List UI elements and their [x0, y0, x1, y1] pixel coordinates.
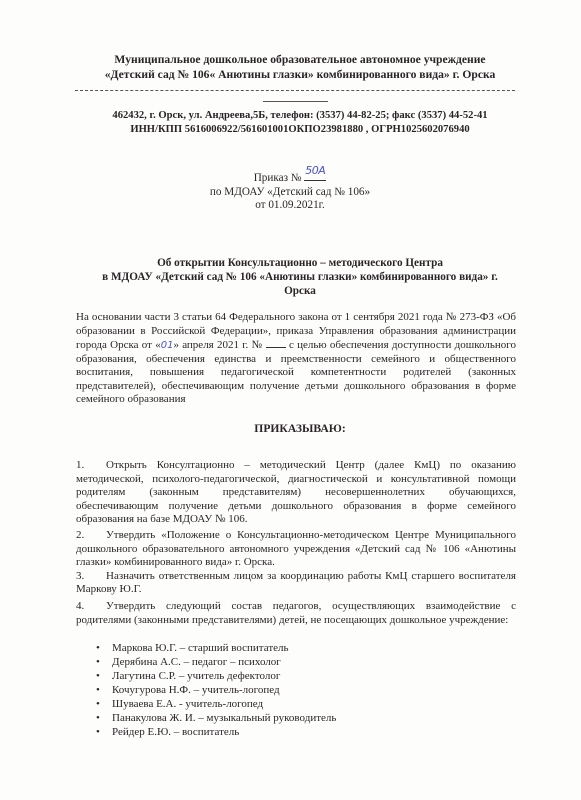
document-title: Об открытии Консультационно – методическ… [60, 256, 540, 298]
title-line3: Орска [60, 284, 540, 298]
list-item: •Кочугурова Н.Ф. – учитель-логопед [96, 683, 436, 697]
letterhead-short-divider [263, 101, 328, 102]
ids-line: ИНН/КПП 5616006922/561601001ОКПО23981880… [60, 123, 540, 137]
item-number: 3. [76, 570, 106, 584]
order-number-field: 50А [304, 170, 326, 181]
preamble-text-2: » апреля 2021 г. № [173, 339, 265, 351]
item-number: 1. [76, 459, 106, 473]
item-number: 2. [76, 529, 106, 543]
staff-entry: Дерябина А.С. – педагог – психолог [112, 656, 281, 668]
order-number-handwritten: 50А [305, 164, 325, 178]
letterhead-org: Муниципальное дошкольное образовательное… [60, 52, 540, 82]
list-item: •Панакулова Ж. И. – музыкальный руководи… [96, 711, 436, 725]
order-block: Приказ № 50А по МДОАУ «Детский сад № 106… [180, 170, 400, 213]
address-line: 462432, г. Орск, ул. Андреева,5Б, телефо… [60, 109, 540, 123]
item-text: Утвердить следующий состав педагогов, ос… [76, 600, 516, 626]
item-text: Назначить ответственным лицом за координ… [76, 570, 516, 596]
org-name-line2: «Детский сад № 106« Анютины глазки» комб… [60, 67, 540, 82]
bullet-icon: • [96, 697, 100, 711]
order-issuer: по МДОАУ «Детский сад № 106» [180, 186, 400, 200]
order-label: Приказ № [254, 172, 302, 184]
staff-entry: Маркова Ю.Г. – старший воспитатель [112, 642, 289, 654]
order-item-4: 4.Утвердить следующий состав педагогов, … [76, 600, 516, 627]
bullet-icon: • [96, 669, 100, 683]
item-text: Открыть Консултационно – методический Це… [76, 459, 516, 525]
order-number-line: Приказ № 50А [180, 170, 400, 186]
letterhead-divider [75, 90, 515, 91]
handwritten-day: 01 [161, 340, 174, 351]
list-item: •Рейдер Е.Ю. – воспитатель [96, 725, 436, 739]
order-item-3: 3.Назначить ответственным лицом за коорд… [76, 570, 516, 597]
order-date: от 01.09.2021г. [180, 199, 400, 213]
staff-entry: Шуваева Е.А. - учитель-логопед [112, 698, 263, 710]
staff-entry: Лагутина С.Р. – учитель дефектолог [112, 670, 280, 682]
bullet-icon: • [96, 725, 100, 739]
item-number: 4. [76, 600, 106, 614]
title-line1: Об открытии Консультационно – методическ… [60, 256, 540, 270]
staff-entry: Кочугурова Н.Ф. – учитель-логопед [112, 684, 280, 696]
staff-entry: Рейдер Е.Ю. – воспитатель [112, 726, 239, 738]
order-item-1: 1.Открыть Консултационно – методический … [76, 459, 516, 527]
list-item: •Маркова Ю.Г. – старший воспитатель [96, 641, 436, 655]
letterhead-contacts: 462432, г. Орск, ул. Андреева,5Б, телефо… [60, 109, 540, 136]
bullet-icon: • [96, 641, 100, 655]
ordering-heading: ПРИКАЗЫВАЮ: [60, 422, 540, 435]
list-item: •Лагутина С.Р. – учитель дефектолог [96, 669, 436, 683]
blank-number-field [266, 338, 286, 348]
preamble-paragraph: На основании части 3 статьи 64 Федеральн… [76, 311, 516, 407]
list-item: •Дерябина А.С. – педагог – психолог [96, 655, 436, 669]
bullet-icon: • [96, 655, 100, 669]
staff-list: •Маркова Ю.Г. – старший воспитатель •Дер… [96, 641, 436, 739]
bullet-icon: • [96, 711, 100, 725]
list-item: •Шуваева Е.А. - учитель-логопед [96, 697, 436, 711]
bullet-icon: • [96, 683, 100, 697]
order-item-2: 2.Утвердить «Положение о Консультационно… [76, 529, 516, 570]
org-name-line1: Муниципальное дошкольное образовательное… [60, 52, 540, 67]
staff-entry: Панакулова Ж. И. – музыкальный руководит… [112, 712, 336, 724]
order-items-2-3: 2.Утвердить «Положение о Консультационно… [76, 529, 516, 597]
item-text: Утвердить «Положение о Консультационно-м… [76, 529, 516, 568]
title-line2: в МДОАУ «Детский сад № 106 «Анютины глаз… [60, 270, 540, 284]
